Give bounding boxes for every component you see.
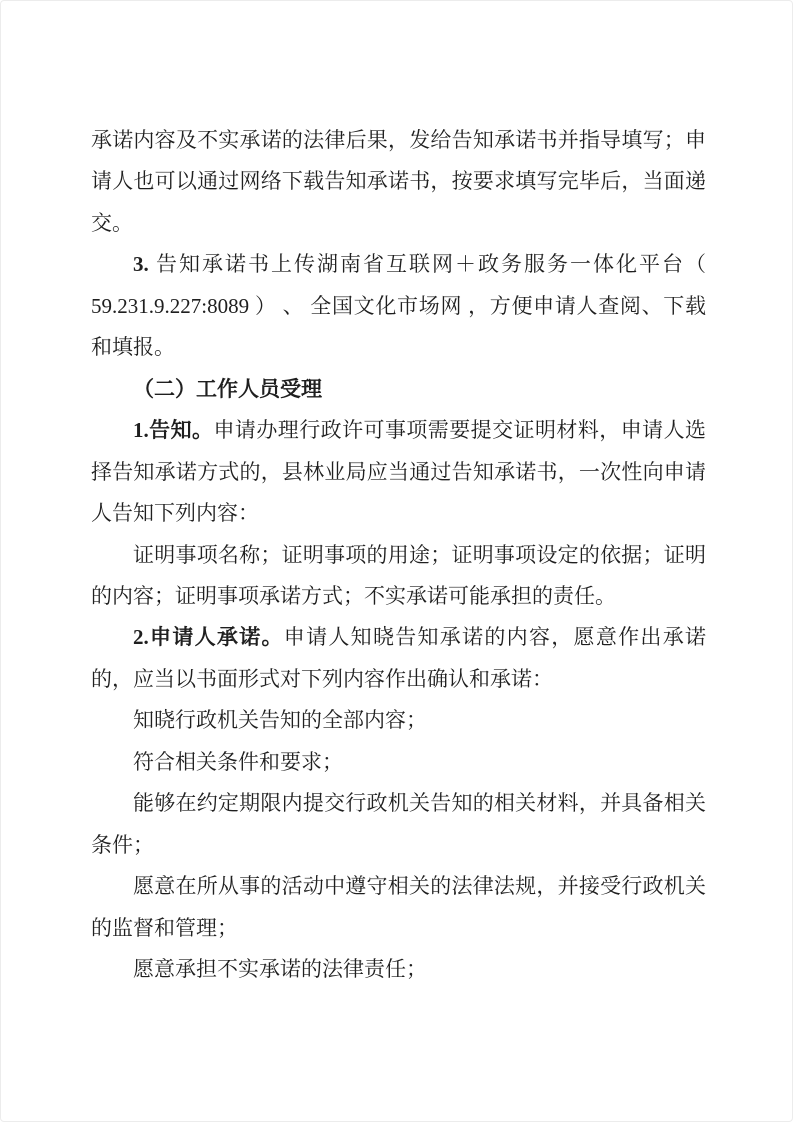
- section-heading: （二）工作人员受理: [91, 369, 706, 410]
- paragraph: 符合相关条件和要求；: [91, 742, 706, 783]
- paragraph-text: 知晓行政机关告知的全部内容；: [133, 708, 427, 732]
- section-heading-text: （二）工作人员受理: [133, 377, 322, 401]
- paragraph-lead: 2.申请人承诺。: [133, 625, 284, 649]
- paragraph-text: 愿意承担不实承诺的法律责任；: [133, 957, 427, 981]
- paragraph: 证明事项名称；证明事项的用途；证明事项设定的依据；证明的内容；证明事项承诺方式；…: [91, 535, 706, 618]
- paragraph-lead: 3.: [133, 252, 149, 276]
- paragraph: 能够在约定期限内提交行政机关告知的相关材料，并具备相关条件；: [91, 783, 706, 866]
- paragraph-text: 证明事项名称；证明事项的用途；证明事项设定的依据；证明的内容；证明事项承诺方式；…: [91, 543, 706, 608]
- paragraph-lead: 1.告知。: [133, 418, 213, 442]
- paragraph-text: 能够在约定期限内提交行政机关告知的相关材料，并具备相关条件；: [91, 791, 706, 856]
- paragraph-text: 告知承诺书上传湖南省互联网＋政务服务一体化平台（ 59.231.9.227:80…: [91, 252, 706, 359]
- paragraph: 知晓行政机关告知的全部内容；: [91, 700, 706, 741]
- paragraph-text: 符合相关条件和要求；: [133, 750, 343, 774]
- paragraph-item-2: 2.申请人承诺。申请人知晓告知承诺的内容，愿意作出承诺的，应当以书面形式对下列内…: [91, 617, 706, 700]
- document-page: 承诺内容及不实承诺的法律后果，发给告知承诺书并指导填写；申请人也可以通过网络下载…: [0, 0, 793, 1122]
- paragraph-item-3: 3. 告知承诺书上传湖南省互联网＋政务服务一体化平台（ 59.231.9.227…: [91, 244, 706, 368]
- paragraph: 愿意承担不实承诺的法律责任；: [91, 949, 706, 990]
- paragraph-text: 愿意在所从事的活动中遵守相关的法律法规，并接受行政机关的监督和管理；: [91, 874, 706, 939]
- paragraph-text: 承诺内容及不实承诺的法律后果，发给告知承诺书并指导填写；申请人也可以通过网络下载…: [91, 128, 706, 235]
- paragraph-continuation: 承诺内容及不实承诺的法律后果，发给告知承诺书并指导填写；申请人也可以通过网络下载…: [91, 120, 706, 244]
- document-body: 承诺内容及不实承诺的法律后果，发给告知承诺书并指导填写；申请人也可以通过网络下载…: [91, 120, 706, 991]
- paragraph: 愿意在所从事的活动中遵守相关的法律法规，并接受行政机关的监督和管理；: [91, 866, 706, 949]
- paragraph-item-1: 1.告知。申请办理行政许可事项需要提交证明材料，申请人选择告知承诺方式的，县林业…: [91, 410, 706, 534]
